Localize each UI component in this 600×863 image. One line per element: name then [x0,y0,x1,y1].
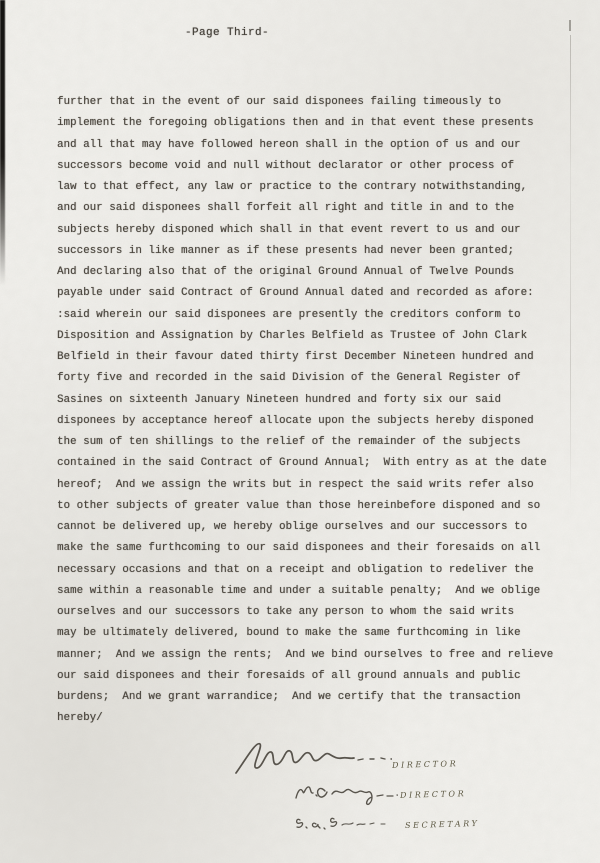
typed-text-line: manner; And we assign the rents; And we … [57,649,567,670]
typed-text-line: to other subjects of greater value than … [57,500,567,521]
typed-text-line: the sum of ten shillings to the relief o… [57,436,567,457]
typed-text-line: successors in like manner as if these pr… [57,245,567,266]
typed-text-line: our said disponees and their foresaids o… [57,670,567,691]
signature-row-director-2: DIRECTOR [292,778,398,810]
signature-secretary-icon [294,812,396,836]
typed-text-line: burdens; And we grant warrandice; And we… [57,691,567,712]
typed-text-line: forty five and recorded in the said Divi… [57,372,567,393]
page-header: -Page Third- [185,27,269,39]
scan-fold-line [570,35,571,505]
scan-edge-artifact-left [0,0,5,285]
typed-text-line: Belfield in their favour dated thirty fi… [57,351,567,372]
signature-director-1-icon [230,739,392,777]
document-body-text: further that in the event of our said di… [57,96,567,734]
typed-text-line: payable under said Contract of Ground An… [57,287,567,308]
typed-text-line: make the same furthcoming to our said di… [57,542,567,563]
typed-text-line: and all that may have followed hereon sh… [57,139,567,160]
typed-text-line: disponees by acceptance hereof allocate … [57,415,567,436]
typed-text-line: same within a reasonable time and under … [57,585,567,606]
signature-title-director-1: DIRECTOR [392,759,459,770]
signature-director-2-icon [292,778,398,810]
typed-text-line: successors become void and null without … [57,160,567,181]
scanned-document-page: -Page Third- further that in the event o… [0,0,600,863]
typed-text-line: contained in the said Contract of Ground… [57,457,567,478]
typed-text-line: law to that effect, any law or practice … [57,181,567,202]
signature-title-secretary: SECRETARY [405,819,480,830]
signature-row-secretary: SECRETARY [294,812,396,836]
scan-edge-artifact-right [569,20,571,31]
typed-text-line: cannot be delivered up, we hereby oblige… [57,521,567,542]
typed-text-line: implement the foregoing obligations then… [57,117,567,138]
typed-text-line: necessary occasions and that on a receip… [57,564,567,585]
typed-text-line: and our said disponees shall forfeit all… [57,202,567,223]
typed-text-line: further that in the event of our said di… [57,96,567,117]
typed-text-line: may be ultimately delivered, bound to ma… [57,627,567,648]
typed-text-line: ourselves and our successors to take any… [57,606,567,627]
typed-text-line: hereof; And we assign the writs but in r… [57,479,567,500]
signature-title-director-2: DIRECTOR [400,789,467,800]
typed-text-line: Disposition and Assignation by Charles B… [57,330,567,351]
typed-text-line: subjects hereby disponed which shall in … [57,224,567,245]
typed-text-line: :said wherein our said disponees are pre… [57,309,567,330]
signature-row-director-1: DIRECTOR [230,739,392,777]
typed-text-line: And declaring also that of the original … [57,266,567,287]
typed-text-line: hereby/ [57,712,567,733]
typed-text-line: Sasines on sixteenth January Nineteen hu… [57,394,567,415]
